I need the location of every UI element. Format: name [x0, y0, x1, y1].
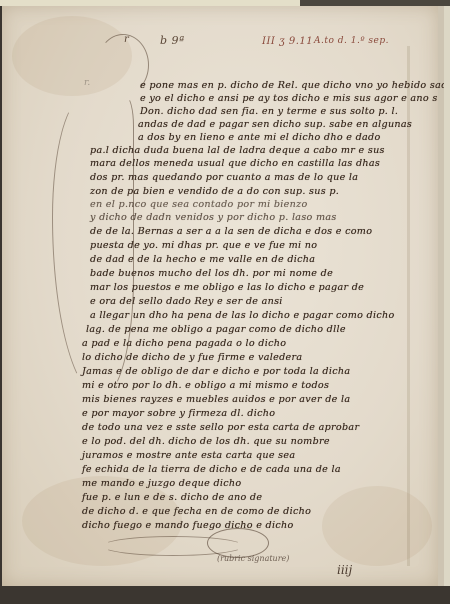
text-line: mis bienes rayzes e muebles auidos e por… [82, 394, 350, 405]
text-line: de todo una vez e sste sello por esta ca… [82, 422, 359, 433]
text-line: e ora del sello dado Rey e ser de ansi [90, 296, 283, 307]
text-line: puesta de yo. mi dhas pr. que e ve fue m… [90, 240, 317, 251]
bottom-strip [0, 586, 450, 604]
text-line: lag. de pena me obligo a pagar como de d… [86, 324, 346, 335]
text-line: de dad e de la hecho e me valle en de di… [90, 254, 315, 265]
text-line: lo dicho de dicho de y fue firme e valed… [82, 352, 302, 363]
text-line: a dos by en lieno e ante mi el dicho dho… [138, 132, 381, 143]
text-line: Don. dicho dad sen fia. en y terme e sus… [140, 106, 398, 117]
text-line: fue p. e lun e de s. dicho de ano de [82, 492, 262, 503]
page-edge [444, 6, 450, 586]
text-line: me mando e juzgo deque dicho [82, 478, 242, 489]
text-line: e pone mas en p. dicho de Rel. que dicho… [140, 80, 450, 91]
text-line: pa.l dicha duda buena lal de ladra deque… [90, 145, 385, 156]
header-annotation: A.to d. 1.º sep. [314, 36, 389, 46]
text-line: de dicho d. e que fecha en de como de di… [82, 506, 311, 517]
margin-note: r. [84, 78, 90, 88]
manuscript-page: r b 9ª III ʒ 9.11 A.to d. 1.º sep. r. e … [2, 6, 444, 586]
text-line: a llegar un dho ha pena de las lo dicho … [90, 310, 395, 321]
text-line: en el p.nco que sea contado por mi bienz… [90, 199, 308, 210]
header-red-note: III ʒ 9.11 [262, 36, 313, 47]
text-line: fe echida de la tierra de dicho e de cad… [82, 464, 341, 475]
text-line: a pad e la dicho pena pagada o lo dicho [82, 338, 286, 349]
text-line: e yo el dicho e ansi pe ay tos dicho e m… [140, 93, 438, 104]
text-line: e por mayor sobre y firmeza dl. dicho [82, 408, 275, 419]
text-line: mi e otro por lo dh. e obligo a mi mismo… [82, 380, 329, 391]
text-line: zon de pa bien e vendido de a do con sup… [90, 186, 339, 197]
text-line: Jamas e de obligo de dar e dicho e por t… [82, 366, 350, 377]
signature: (rubric signature) [217, 554, 289, 563]
header-ref: b 9ª [160, 34, 185, 47]
text-line: e lo pod. del dh. dicho de los dh. que s… [82, 436, 330, 447]
text-line: dos pr. mas quedando por cuanto a mas de… [90, 172, 358, 183]
text-line: dicho fuego e mando fuego dicho e dicho [82, 520, 294, 531]
text-line: mar los puestos e me obligo e las lo dic… [90, 282, 364, 293]
text-line: juramos e mostre ante esta carta que sea [82, 450, 295, 461]
folio-number: iiij [337, 563, 352, 577]
text-line: andas de dad e pagar sen dicho sup. sabe… [138, 119, 412, 130]
text-line: mara dellos meneda usual que dicho en ca… [90, 158, 380, 169]
text-line: y dicho de dadn venidos y por dicho p. l… [90, 212, 337, 223]
text-line: bade buenos mucho del los dh. por mi nom… [90, 268, 333, 279]
text-line: de de la. Bernas a ser a a la sen de dic… [90, 226, 372, 237]
stain [322, 486, 432, 566]
